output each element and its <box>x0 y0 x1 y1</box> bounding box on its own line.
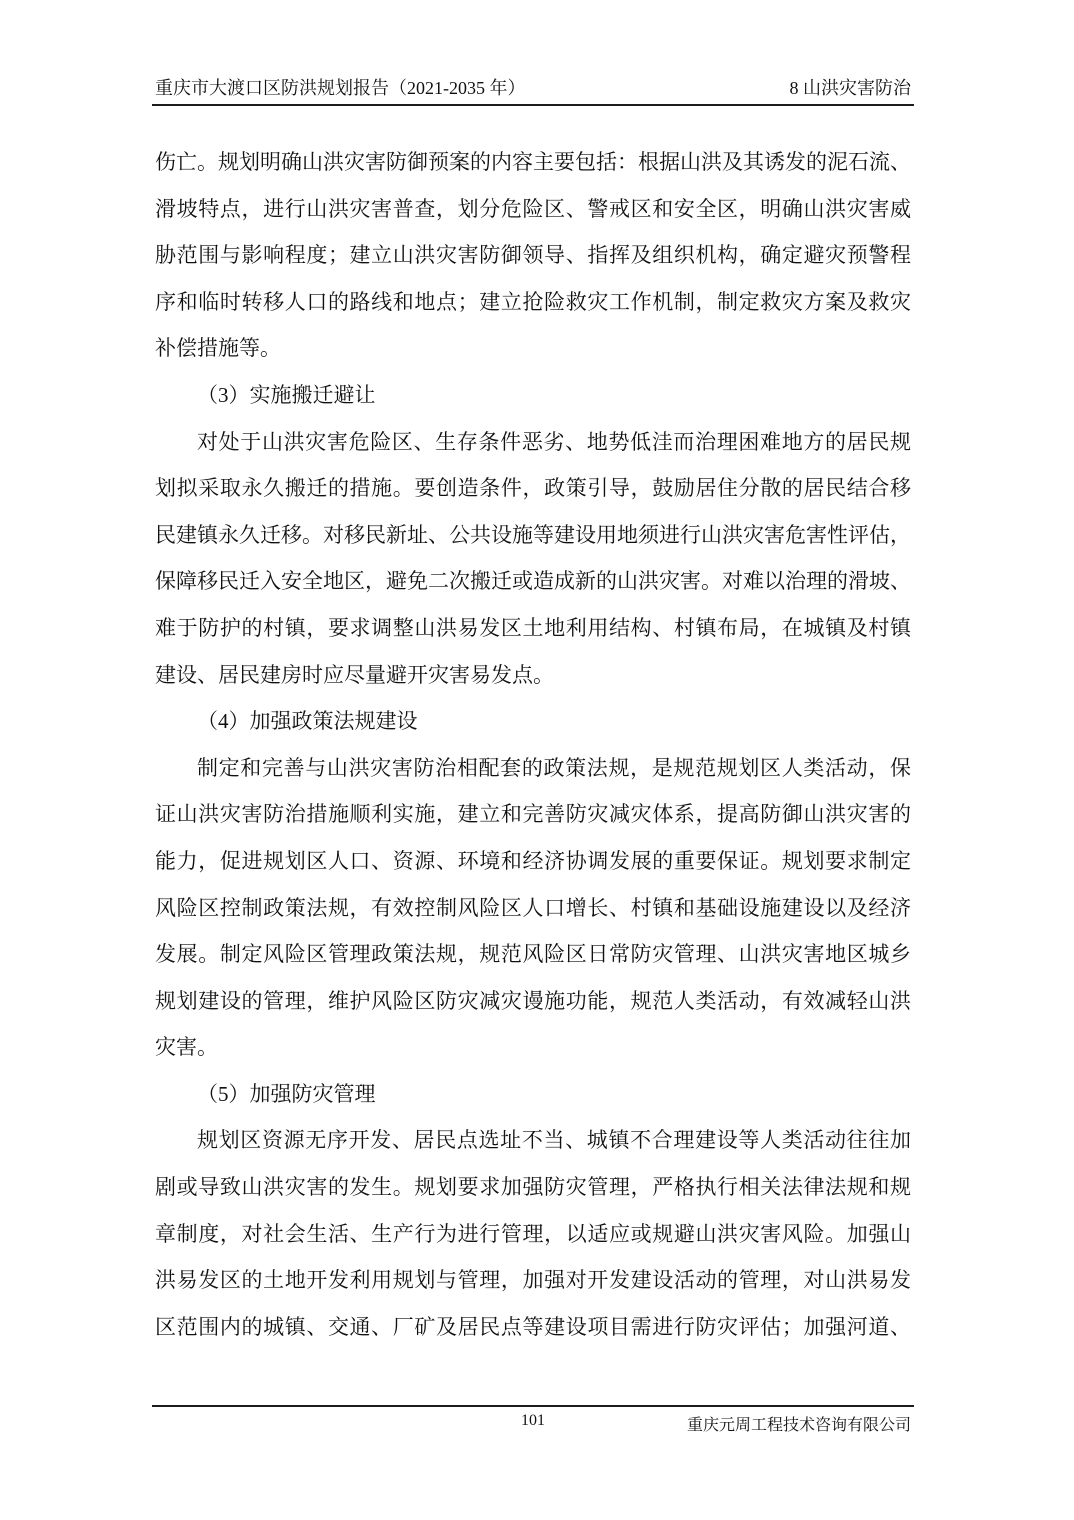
footer-rule <box>152 1405 914 1407</box>
document-body: 伤亡。规划明确山洪灾害防御预案的内容主要包括：根据山洪及其诱发的泥石流、滑坡特点… <box>155 139 911 1350</box>
body-line: 保障移民迁入安全地区，避免二次搬迁或造成新的山洪灾害。对难以治理的滑坡、 <box>155 558 911 605</box>
body-line: 区范围内的城镇、交通、厂矿及居民点等建设项目需进行防灾评估；加强河道、 <box>155 1304 911 1351</box>
body-line: 规划区资源无序开发、居民点选址不当、城镇不合理建设等人类活动往往加 <box>155 1117 911 1164</box>
body-line: 序和临时转移人口的路线和地点；建立抢险救灾工作机制，制定救灾方案及救灾 <box>155 279 911 326</box>
body-line: 章制度，对社会生活、生产行为进行管理，以适应或规避山洪灾害风险。加强山 <box>155 1211 911 1258</box>
header-report-title: 重庆市大渡口区防洪规划报告（2021-2035 年） <box>155 74 526 100</box>
body-line: 民建镇永久迁移。对移民新址、公共设施等建设用地须进行山洪灾害危害性评估， <box>155 512 911 559</box>
body-line: 难于防护的村镇，要求调整山洪易发区土地利用结构、村镇布局，在城镇及村镇 <box>155 605 911 652</box>
body-line: 补偿措施等。 <box>155 325 911 372</box>
body-line: 剧或导致山洪灾害的发生。规划要求加强防灾管理，严格执行相关法律法规和规 <box>155 1164 911 1211</box>
body-line: 风险区控制政策法规，有效控制风险区人口增长、村镇和基础设施建设以及经济 <box>155 885 911 932</box>
body-line: （4）加强政策法规建设 <box>155 698 911 745</box>
body-line: （5）加强防灾管理 <box>155 1071 911 1118</box>
header-rule <box>152 104 914 106</box>
header-chapter-title: 8 山洪灾害防治 <box>790 74 912 100</box>
body-line: 灾害。 <box>155 1024 911 1071</box>
body-line: 发展。制定风险区管理政策法规，规范风险区日常防灾管理、山洪灾害地区城乡 <box>155 931 911 978</box>
body-line: 划拟采取永久搬迁的措施。要创造条件，政策引导，鼓励居住分散的居民结合移 <box>155 465 911 512</box>
body-line: 伤亡。规划明确山洪灾害防御预案的内容主要包括：根据山洪及其诱发的泥石流、 <box>155 139 911 186</box>
body-line: （3）实施搬迁避让 <box>155 372 911 419</box>
body-line: 规划建设的管理，维护风险区防灾减灾谩施功能，规范人类活动，有效减轻山洪 <box>155 978 911 1025</box>
document-page: 重庆市大渡口区防洪规划报告（2021-2035 年） 8 山洪灾害防治 伤亡。规… <box>0 0 1074 1520</box>
footer-company-name: 重庆元周工程技术咨询有限公司 <box>687 1412 911 1435</box>
body-line: 建设、居民建房时应尽量避开灾害易发点。 <box>155 652 911 699</box>
page-footer: 101 重庆元周工程技术咨询有限公司 <box>155 1410 911 1436</box>
body-line: 制定和完善与山洪灾害防治相配套的政策法规，是规范规划区人类活动，保 <box>155 745 911 792</box>
body-line: 胁范围与影响程度；建立山洪灾害防御领导、指挥及组织机构，确定避灾预警程 <box>155 232 911 279</box>
body-line: 洪易发区的土地开发利用规划与管理，加强对开发建设活动的管理，对山洪易发 <box>155 1257 911 1304</box>
body-line: 能力，促进规划区人口、资源、环境和经济协调发展的重要保证。规划要求制定 <box>155 838 911 885</box>
body-line: 证山洪灾害防治措施顺利实施，建立和完善防灾减灾体系，提高防御山洪灾害的 <box>155 791 911 838</box>
page-header: 重庆市大渡口区防洪规划报告（2021-2035 年） 8 山洪灾害防治 <box>155 74 911 100</box>
body-line: 对处于山洪灾害危险区、生存条件恶劣、地势低洼而治理困难地方的居民规 <box>155 419 911 466</box>
body-line: 滑坡特点，进行山洪灾害普查，划分危险区、警戒区和安全区，明确山洪灾害威 <box>155 186 911 233</box>
